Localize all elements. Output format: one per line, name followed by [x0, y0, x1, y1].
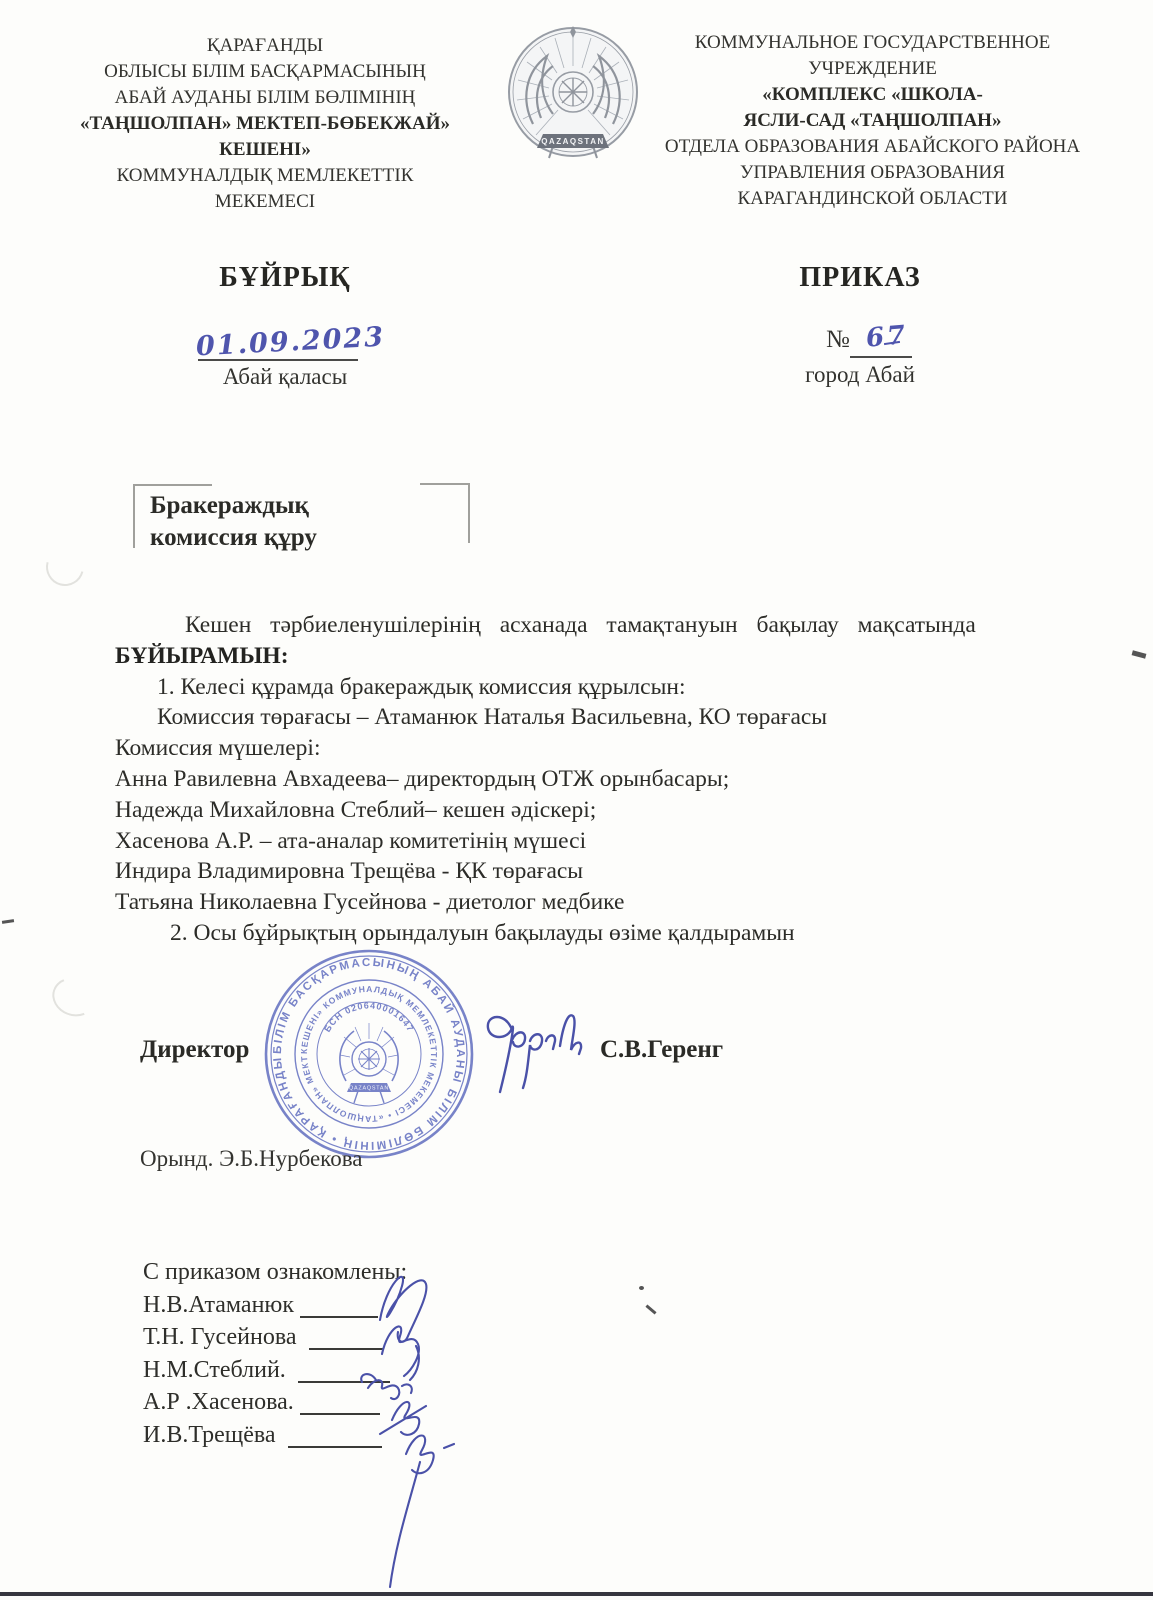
number-underline — [850, 356, 912, 358]
body-line: Надежда Михайловна Стеблий– кешен әдіске… — [115, 795, 1062, 826]
handwritten-date: 01.09.2023 — [195, 323, 366, 363]
header-line: УПРАВЛЕНИЯ ОБРАЗОВАНИЯ — [640, 160, 1105, 186]
body-line: Комиссия төрағасы – Атаманюк Наталья Вас… — [115, 702, 1062, 733]
order-number-label: № — [826, 326, 850, 354]
header-left-kazakh: ҚАРАҒАНДЫ ОБЛЫСЫ БІЛІМ БАСҚАРМАСЫНЫҢ АБА… — [55, 33, 475, 215]
subject-line: комиссия құру — [150, 522, 317, 554]
body-line: Кешен тәрбиеленушілерінің асханада тамақ… — [115, 610, 1062, 641]
kazakhstan-emblem-icon: QAZAQSTAN — [503, 22, 643, 170]
scan-speck — [645, 1304, 656, 1314]
subject-box-border — [133, 484, 135, 548]
body-line: Индира Владимировна Трещёва - ҚК төрағас… — [115, 856, 1062, 887]
emblem-banner-text: QAZAQSTAN — [541, 137, 605, 146]
header-line: АБАЙ АУДАНЫ БІЛІМ БӨЛІМІНІҢ — [55, 85, 475, 111]
acknowledgment-signatures — [230, 1262, 500, 1597]
executor-line: Орынд. Э.Б.Нурбекова — [140, 1146, 362, 1172]
header-line: ОБЛЫСЫ БІЛІМ БАСҚАРМАСЫНЫҢ — [55, 59, 475, 85]
header-line: МЕКЕМЕСІ — [55, 189, 475, 215]
scan-smudge — [47, 972, 101, 1023]
body-line: БҰЙЫРАМЫН: — [115, 641, 1062, 672]
official-stamp-icon: БІЛІМ БАСҚАРМАСЫНЫҢ АБАЙ АУДАНЫ БІЛІМ БӨ… — [262, 947, 476, 1161]
date-underline — [198, 359, 358, 361]
signer-role: Директор — [140, 1036, 249, 1064]
subject-box-border — [468, 483, 470, 543]
subject-box-border — [420, 483, 470, 485]
header-line: «КОМПЛЕКС «ШКОЛА- — [640, 82, 1105, 108]
signer-name: С.В.Геренг — [600, 1036, 723, 1064]
body-line: Татьяна Николаевна Гусейнова - диетолог … — [115, 887, 1062, 918]
scan-speck — [1132, 650, 1147, 658]
header-line: ОТДЕЛА ОБРАЗОВАНИЯ АБАЙСКОГО РАЙОНА — [640, 134, 1105, 160]
city-russian: город Абай — [770, 362, 950, 388]
order-subject: Бракераждық комиссия құру — [150, 490, 317, 554]
subject-box-border — [134, 484, 212, 486]
header-line: УЧРЕЖДЕНИЕ — [640, 56, 1105, 82]
city-kazakh: Абай қаласы — [140, 364, 430, 390]
header-line: КАРАГАНДИНСКОЙ ОБЛАСТИ — [640, 186, 1105, 212]
body-line: Анна Равилевна Авхадеева– директордың ОТ… — [115, 764, 1062, 795]
order-title-kazakh: БҰЙРЫҚ — [140, 262, 430, 294]
order-body: Кешен тәрбиеленушілерінің асханада тамақ… — [115, 610, 1062, 949]
body-line: 1. Келесі құрамда бракераждық комиссия қ… — [115, 672, 1062, 703]
body-line: 2. Осы бұйрықтың орындалуын бақылауды өз… — [115, 918, 1062, 949]
scanned-order-document: ҚАРАҒАНДЫ ОБЛЫСЫ БІЛІМ БАСҚАРМАСЫНЫҢ АБА… — [0, 0, 1153, 1600]
header-line: ҚАРАҒАНДЫ — [55, 33, 475, 59]
handwritten-order-number: 67 — [865, 320, 910, 354]
header-line: «ТАҢШОЛПАН» МЕКТЕП-БӨБЕКЖАЙ» — [55, 111, 475, 137]
body-line: Хасенова А.Р. – ата-аналар комитетінің м… — [115, 826, 1062, 857]
scanner-edge-below — [0, 1596, 1153, 1600]
order-title-russian: ПРИКАЗ — [770, 262, 950, 294]
scan-speck — [639, 1286, 644, 1290]
header-line: КОММУНАЛЬНОЕ ГОСУДАРСТВЕННОЕ — [640, 30, 1105, 56]
scan-speck — [2, 919, 14, 924]
header-line: ЯСЛИ-САД «ТАҢШОЛПАН» — [640, 108, 1105, 134]
body-line: Комиссия мүшелері: — [115, 733, 1062, 764]
header-line: КОММУНАЛДЫҚ МЕМЛЕКЕТТІК — [55, 163, 475, 189]
stamp-banner-text: QAZAQSTAN — [349, 1086, 389, 1092]
director-signature — [478, 996, 590, 1114]
header-line: КЕШЕНІ» — [55, 137, 475, 163]
header-right-russian: КОММУНАЛЬНОЕ ГОСУДАРСТВЕННОЕ УЧРЕЖДЕНИЕ … — [640, 30, 1105, 212]
subject-line: Бракераждық — [150, 490, 317, 522]
scan-smudge — [39, 541, 91, 593]
